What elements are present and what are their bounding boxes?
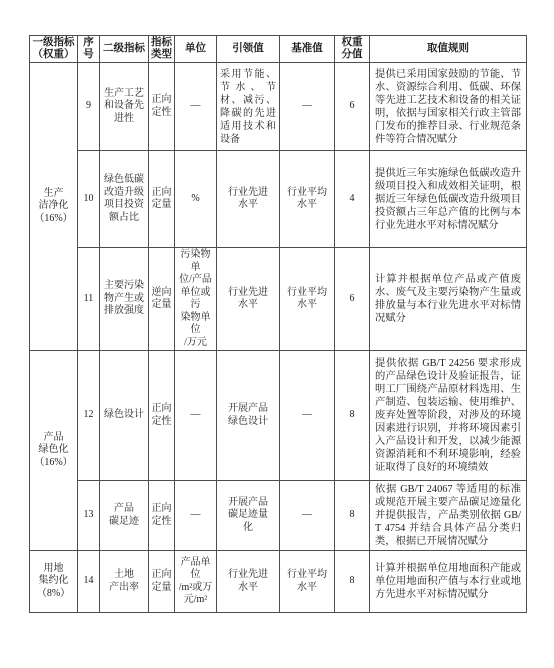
cell-leading-value: 行业先进 水平 xyxy=(217,551,280,613)
cell-unit: % xyxy=(175,151,217,248)
cell-baseline-value: — xyxy=(280,351,335,481)
table-row: 10 绿色低碳 改造升级 项目投资 额占比 正向 定量 % 行业先进 水平 行业… xyxy=(30,151,527,248)
cell-serial: 14 xyxy=(78,551,100,613)
cell-weight: 8 xyxy=(335,481,370,551)
cell-rule: 提供依据 GB/T 24256 要求形成的产品绿色设计及验证报告，证明工厂围绕产… xyxy=(370,351,527,481)
cell-weight: 6 xyxy=(335,248,370,351)
header-level2-indicator: 二级指标 xyxy=(100,36,149,63)
cell-type: 正向 定量 xyxy=(149,151,175,248)
cell-rule: 提供近三年实施绿色低碳改造升级项目投入和成效相关证明，根据近三年绿色低碳改造升级… xyxy=(370,151,527,248)
cell-indicator: 主要污染 物产生或 排放强度 xyxy=(100,248,149,351)
cell-baseline-value: 行业平均 水平 xyxy=(280,151,335,248)
cell-indicator: 绿色设计 xyxy=(100,351,149,481)
cell-type: 正向 定性 xyxy=(149,351,175,481)
cell-rule: 依据 GB/T 24067 等适用的标准或规范开展主要产品碳足迹量化并提供报告，… xyxy=(370,481,527,551)
table-row: 产品 绿色化 （16%） 12 绿色设计 正向 定性 — 开展产品 绿色设计 —… xyxy=(30,351,527,481)
header-level1-indicator: 一级指标 （权重） xyxy=(30,36,78,63)
header-weight-score: 权重 分值 xyxy=(335,36,370,63)
cell-baseline-value: — xyxy=(280,481,335,551)
header-unit: 单位 xyxy=(175,36,217,63)
cell-serial: 9 xyxy=(78,63,100,151)
cell-rule: 计算并根据单位产品或产值废水、废气及主要污染物产生量或排放量与本行业先进水平对标… xyxy=(370,248,527,351)
cell-baseline-value: 行业平均 水平 xyxy=(280,248,335,351)
header-baseline-value: 基准值 xyxy=(280,36,335,63)
header-scoring-rule: 取值规则 xyxy=(370,36,527,63)
cell-indicator: 土地 产出率 xyxy=(100,551,149,613)
cell-type: 正向 定性 xyxy=(149,63,175,151)
cell-weight: 4 xyxy=(335,151,370,248)
cell-leading-value: 行业先进 水平 xyxy=(217,151,280,248)
cell-unit: — xyxy=(175,481,217,551)
cell-baseline-value: — xyxy=(280,63,335,151)
table-row: 用地 集约化 （8%） 14 土地 产出率 正向 定量 产品单位 /m²或万 元… xyxy=(30,551,527,613)
cell-unit: — xyxy=(175,63,217,151)
cell-type: 正向 定量 xyxy=(149,551,175,613)
document-page: 一级指标 （权重） 序 号 二级指标 指标 类型 单位 引领值 基准值 权重 分… xyxy=(0,0,554,668)
indicator-table: 一级指标 （权重） 序 号 二级指标 指标 类型 单位 引领值 基准值 权重 分… xyxy=(29,35,527,613)
cell-leading-value: 开展产品 碳足迹量 化 xyxy=(217,481,280,551)
header-leading-value: 引领值 xyxy=(217,36,280,63)
cell-unit: — xyxy=(175,351,217,481)
cell-baseline-value: 行业平均 水平 xyxy=(280,551,335,613)
cell-indicator: 绿色低碳 改造升级 项目投资 额占比 xyxy=(100,151,149,248)
cell-serial: 11 xyxy=(78,248,100,351)
cell-weight: 6 xyxy=(335,63,370,151)
header-indicator-type: 指标 类型 xyxy=(149,36,175,63)
cell-leading-value: 采用节能、节水、节材、减污、降碳的先进适用技术和设备 xyxy=(217,63,280,151)
table-row: 11 主要污染 物产生或 排放强度 逆向 定量 污染物单 位/产品 单位或污 染… xyxy=(30,248,527,351)
cell-type: 正向 定性 xyxy=(149,481,175,551)
cell-unit: 产品单位 /m²或万 元/m² xyxy=(175,551,217,613)
group-label-land-intensive-use: 用地 集约化 （8%） xyxy=(30,551,78,613)
cell-indicator: 生产工艺 和设备先 进性 xyxy=(100,63,149,151)
table-row: 生产 洁净化 （16%） 9 生产工艺 和设备先 进性 正向 定性 — 采用节能… xyxy=(30,63,527,151)
cell-rule: 提供已采用国家鼓励的节能、节水、资源综合利用、低碳、环保等先进工艺技术和设备的相… xyxy=(370,63,527,151)
group-label-product-greening: 产品 绿色化 （16%） xyxy=(30,351,78,551)
cell-leading-value: 行业先进 水平 xyxy=(217,248,280,351)
cell-unit: 污染物单 位/产品 单位或污 染物单位 /万元 xyxy=(175,248,217,351)
cell-leading-value: 开展产品 绿色设计 xyxy=(217,351,280,481)
cell-weight: 8 xyxy=(335,551,370,613)
header-serial: 序 号 xyxy=(78,36,100,63)
group-label-production-cleanliness: 生产 洁净化 （16%） xyxy=(30,63,78,351)
cell-serial: 10 xyxy=(78,151,100,248)
cell-type: 逆向 定量 xyxy=(149,248,175,351)
table-row: 13 产品 碳足迹 正向 定性 — 开展产品 碳足迹量 化 — 8 依据 GB/… xyxy=(30,481,527,551)
header-row: 一级指标 （权重） 序 号 二级指标 指标 类型 单位 引领值 基准值 权重 分… xyxy=(30,36,527,63)
cell-weight: 8 xyxy=(335,351,370,481)
cell-rule: 计算并根据单位用地面积产能或单位用地面积产值与本行业或地方先进水平对标情况赋分 xyxy=(370,551,527,613)
cell-serial: 12 xyxy=(78,351,100,481)
cell-indicator: 产品 碳足迹 xyxy=(100,481,149,551)
cell-serial: 13 xyxy=(78,481,100,551)
